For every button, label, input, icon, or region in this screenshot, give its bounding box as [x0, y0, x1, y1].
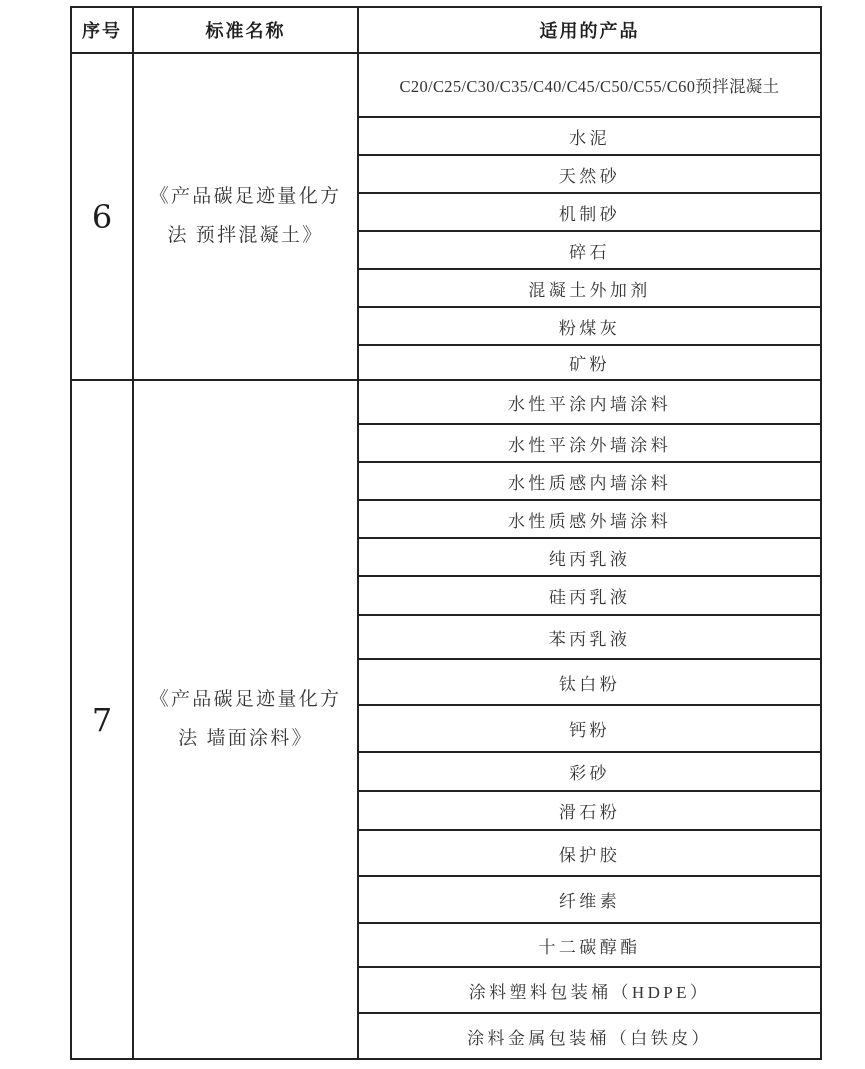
section-index: 6 — [71, 53, 133, 380]
product-cell: 十二碳醇酯 — [358, 923, 821, 967]
standard-name-text: 《产品碳足迹量化方法 预拌混凝土》 — [144, 178, 348, 256]
product-cell: 涂料塑料包装桶（HDPE） — [358, 967, 821, 1013]
header-applicable-products: 适用的产品 — [358, 7, 821, 53]
standards-table: 序号 标准名称 适用的产品 6《产品碳足迹量化方法 预拌混凝土》C20/C25/… — [70, 6, 822, 1060]
product-cell: 粉煤灰 — [358, 307, 821, 345]
product-cell: 水性平涂内墙涂料 — [358, 380, 821, 424]
product-cell: 保护胶 — [358, 830, 821, 876]
section-index: 7 — [71, 380, 133, 1059]
product-cell: 矿粉 — [358, 345, 821, 380]
standard-name-cell: 《产品碳足迹量化方法 墙面涂料》 — [133, 380, 358, 1059]
table-row: 7《产品碳足迹量化方法 墙面涂料》水性平涂内墙涂料 — [71, 380, 821, 424]
header-standard-name: 标准名称 — [133, 7, 358, 53]
product-cell: 涂料金属包装桶（白铁皮） — [358, 1013, 821, 1059]
product-cell: 混凝土外加剂 — [358, 269, 821, 307]
product-cell: C20/C25/C30/C35/C40/C45/C50/C55/C60预拌混凝土 — [358, 53, 821, 117]
product-cell: 硅丙乳液 — [358, 576, 821, 615]
product-cell: 滑石粉 — [358, 791, 821, 830]
standard-name-text: 《产品碳足迹量化方法 墙面涂料》 — [144, 681, 348, 759]
product-cell: 水性质感外墙涂料 — [358, 500, 821, 538]
product-cell: 碎石 — [358, 231, 821, 269]
table-row: 6《产品碳足迹量化方法 预拌混凝土》C20/C25/C30/C35/C40/C4… — [71, 53, 821, 117]
product-cell: 水泥 — [358, 117, 821, 155]
product-cell: 彩砂 — [358, 752, 821, 791]
standard-name-cell: 《产品碳足迹量化方法 预拌混凝土》 — [133, 53, 358, 380]
product-cell: 钛白粉 — [358, 659, 821, 705]
document-page: 序号 标准名称 适用的产品 6《产品碳足迹量化方法 预拌混凝土》C20/C25/… — [0, 0, 865, 1069]
table-body: 6《产品碳足迹量化方法 预拌混凝土》C20/C25/C30/C35/C40/C4… — [71, 53, 821, 1059]
product-cell: 苯丙乳液 — [358, 615, 821, 659]
header-serial-number: 序号 — [71, 7, 133, 53]
product-cell: 纤维素 — [358, 876, 821, 923]
header-row: 序号 标准名称 适用的产品 — [71, 7, 821, 53]
product-cell: 钙粉 — [358, 705, 821, 752]
table-header: 序号 标准名称 适用的产品 — [71, 7, 821, 53]
product-cell: 水性质感内墙涂料 — [358, 462, 821, 500]
product-cell: 天然砂 — [358, 155, 821, 193]
product-cell: 水性平涂外墙涂料 — [358, 424, 821, 462]
product-cell: 机制砂 — [358, 193, 821, 231]
product-cell: 纯丙乳液 — [358, 538, 821, 576]
